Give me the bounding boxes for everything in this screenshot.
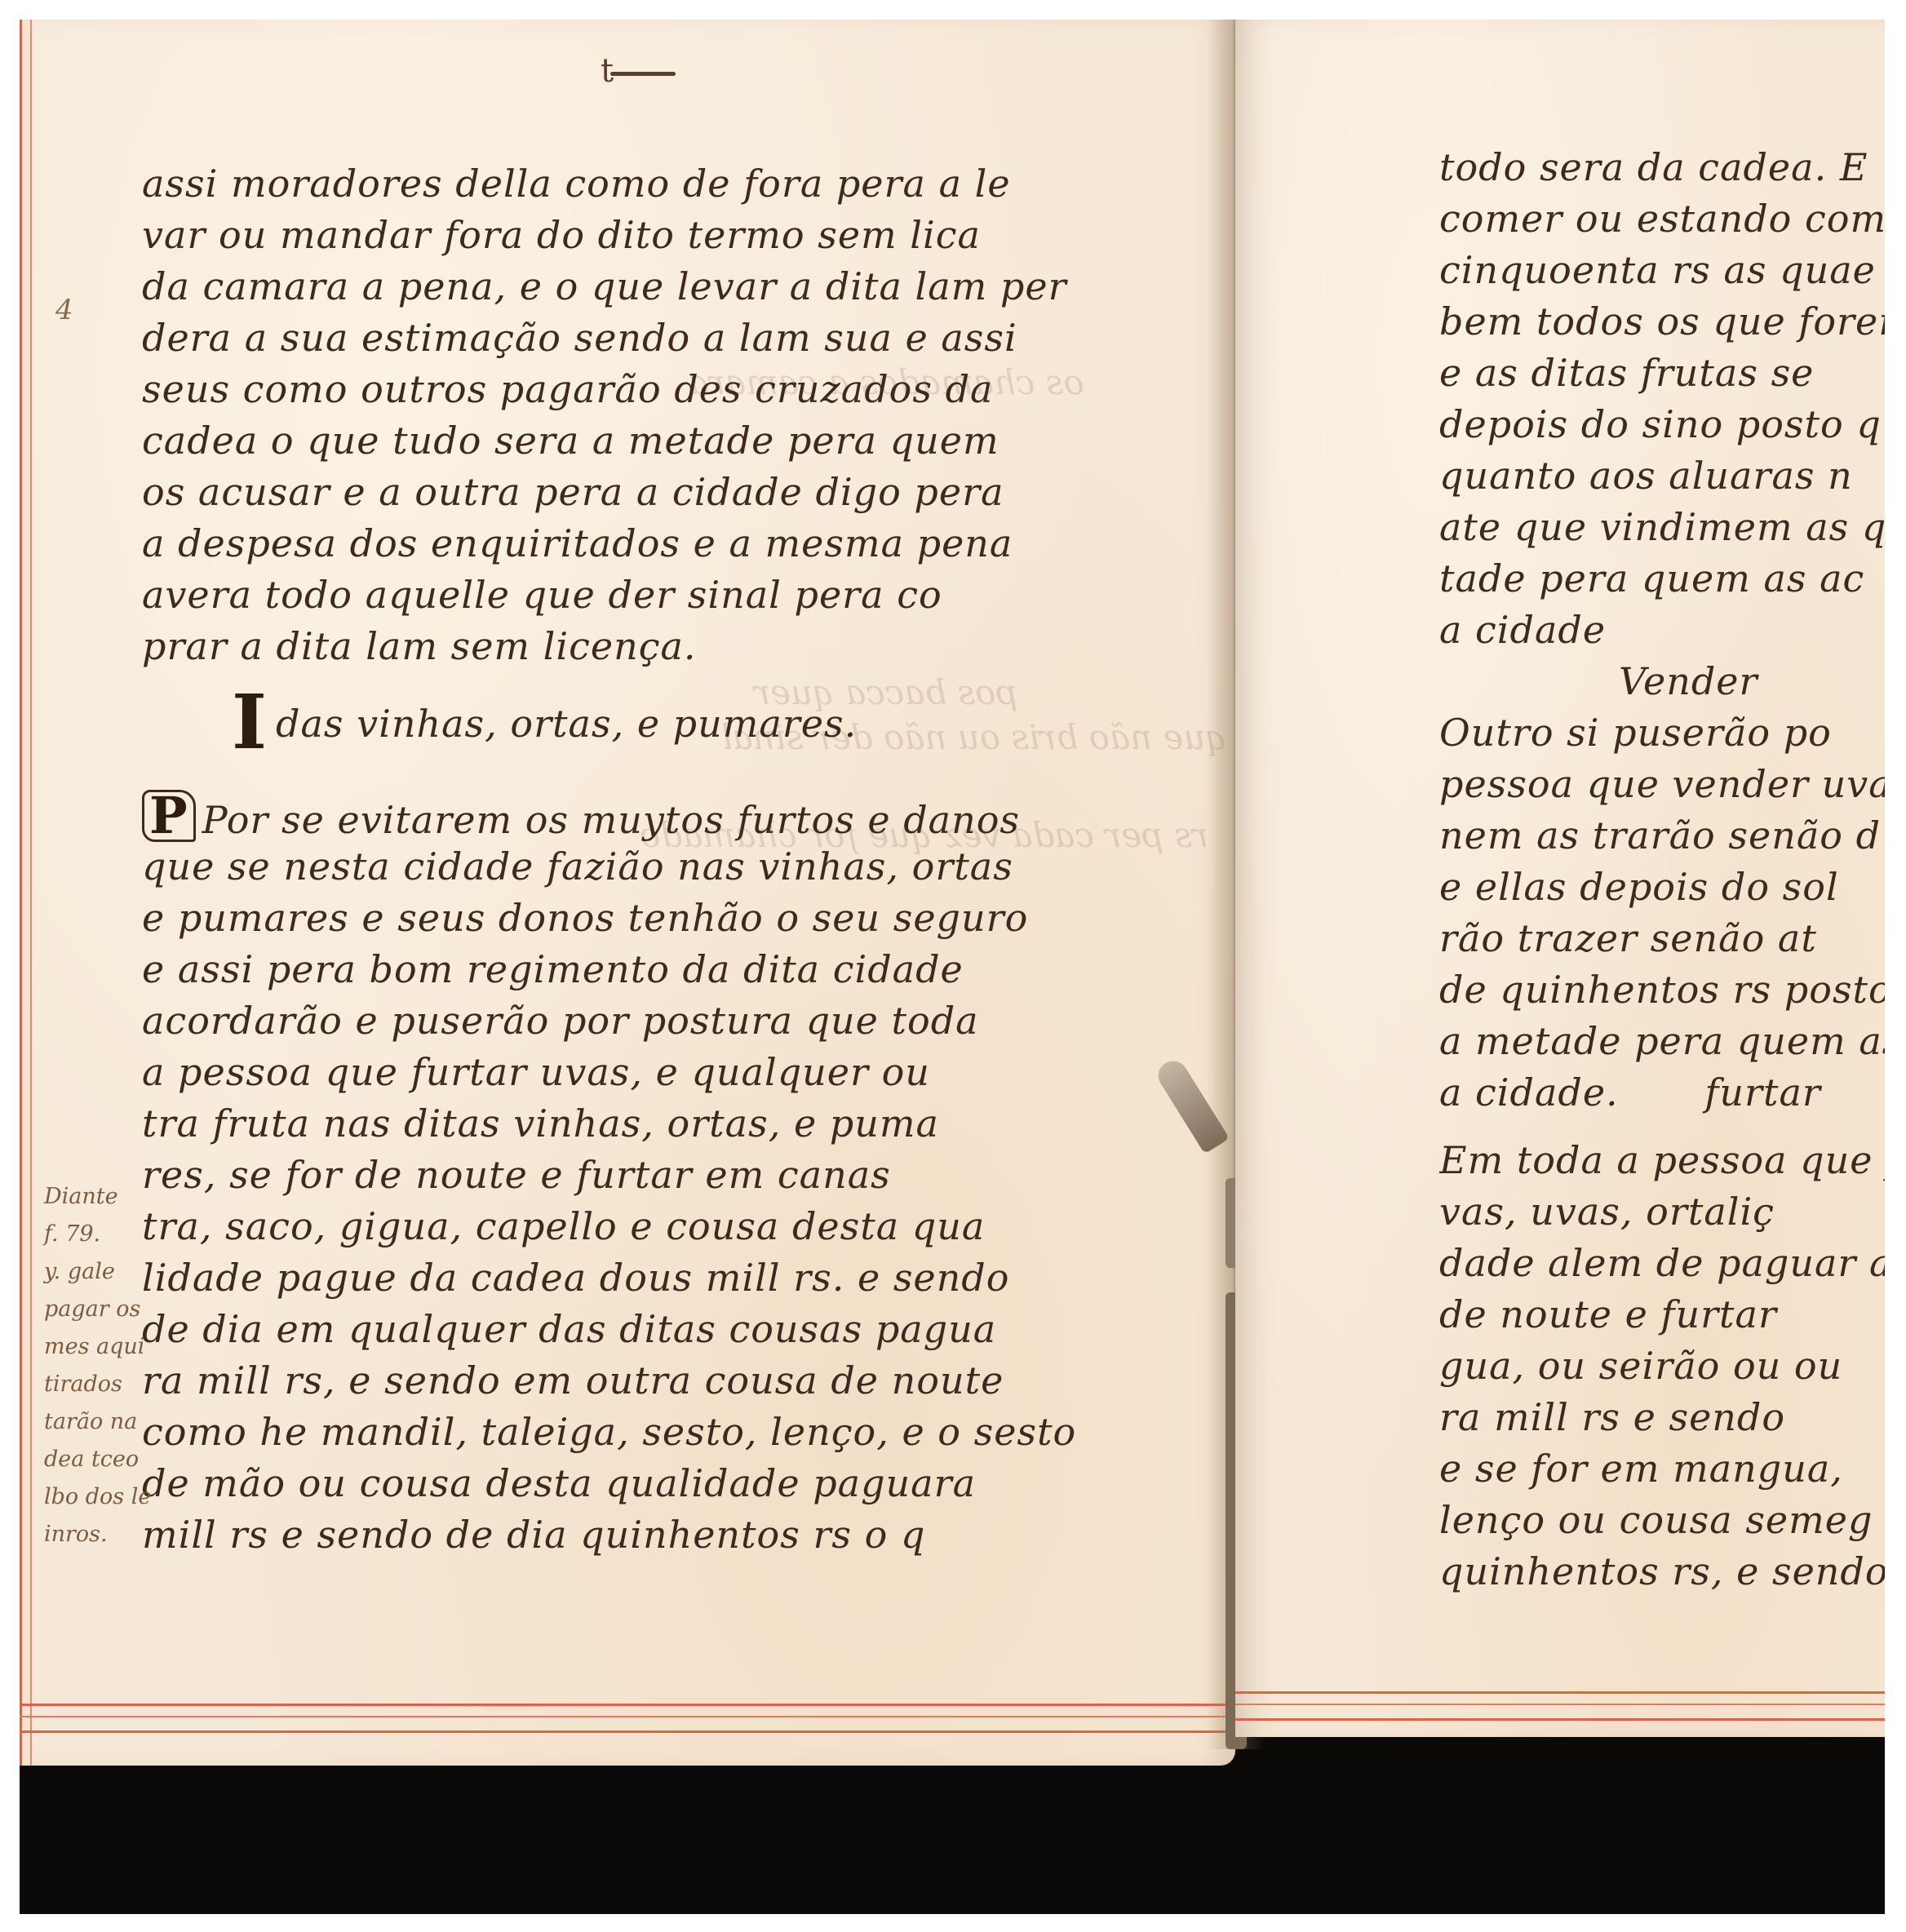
text-line: e pumares e seus donos tenhão o seu segu… (142, 893, 1056, 944)
section-heading: furtar (1704, 1070, 1821, 1114)
text-line: como he mandil, taleiga, sesto, lenço, e… (142, 1407, 1056, 1458)
text-line: a cidade (1439, 605, 1885, 656)
text-line: depois do sino posto q (1439, 399, 1885, 450)
text-line: acordarão e puserão por postura que toda (142, 995, 1056, 1047)
decorated-initial: P (142, 790, 196, 842)
text-line: cadea o que tudo sera a metade pera quem (142, 415, 1056, 467)
text-line: gua, ou seirão ou ou (1439, 1340, 1885, 1392)
text-line: da camara a pena, e o que levar a dita l… (142, 261, 1056, 312)
text-line: de noute e furtar (1439, 1289, 1885, 1340)
text-line: rão trazer senão at (1439, 913, 1885, 964)
text-line: de mão ou cousa desta qualidade paguara (142, 1458, 1056, 1509)
text-line: assi moradores della como de fora pera a… (142, 158, 1056, 210)
left-fore-edge (20, 20, 32, 1766)
text-line: pessoa que vender uva (1439, 759, 1885, 810)
text-line: tra, saco, gigua, capello e cousa desta … (142, 1201, 1056, 1252)
text-line: nem as trarão senão d (1439, 810, 1885, 862)
text-line: avera todo aquelle que der sinal pera co (142, 569, 1056, 621)
text-line: e assi pera bom regimento da dita cidade (142, 944, 1056, 995)
section-heading-text: das vinhas, ortas, e pumares. (276, 702, 857, 746)
text-line: e as ditas frutas se (1439, 348, 1885, 399)
scan-frame: t 4 os chamados a camara pos bacca quer … (20, 20, 1885, 1914)
text-line: lenço ou cousa semeg (1439, 1495, 1885, 1546)
right-page-edge-ruling (1235, 1691, 1885, 1721)
text-line: quanto aos aluaras n (1439, 450, 1885, 502)
text-line: de dia em qualquer das ditas cousas pagu… (142, 1304, 1056, 1355)
text-line: tra fruta nas ditas vinhas, ortas, e pum… (142, 1098, 1056, 1150)
text-line: dera a sua estimação sendo a lam sua e a… (142, 312, 1056, 364)
text-line: mill rs e sendo de dia quinhentos rs o q (142, 1509, 1056, 1561)
text-line: Outro si puserão po (1439, 707, 1885, 759)
text-line: ra mill rs e sendo (1439, 1392, 1885, 1443)
text-line: cinquoenta rs as quae (1439, 245, 1885, 296)
text-line: prar a dita lam sem licença. (142, 621, 1056, 672)
text-line: dade alem de paguar a (1439, 1238, 1885, 1289)
text-line: tade pera quem as ac (1439, 553, 1885, 605)
decorated-initial: I (232, 678, 268, 766)
right-page: todo sera da cadea. E comer ou estando c… (1235, 20, 1885, 1737)
text-line: seus como outros pagarão des cruzados da (142, 364, 1056, 415)
text-line: lidade pague da cadea dous mill rs. e se… (142, 1252, 1056, 1304)
text-line: a despesa dos enquiritados e a mesma pen… (142, 518, 1056, 569)
left-page-body: assi moradores della como de fora pera a… (142, 158, 1056, 1561)
text-line: res, se for de noute e furtar em canas (142, 1150, 1056, 1201)
text-line: vas, uvas, ortaliç (1439, 1186, 1885, 1238)
text-line: PPor se evitarem os muytos furtos e dano… (142, 790, 1056, 841)
text-line: bem todos os que forem (1439, 296, 1885, 348)
text-line: ra mill rs, e sendo em outra cousa de no… (142, 1355, 1056, 1407)
left-page-edge-ruling (20, 1704, 1235, 1733)
text-line: a cidade. furtar (1439, 1067, 1885, 1119)
margin-number: 4 (55, 294, 73, 326)
text-line: ate que vindimem as q (1439, 502, 1885, 553)
text-line: Em toda a pessoa que f (1439, 1135, 1885, 1186)
marginal-note: Diante f. 79. y. gale pagar os mes aqui … (44, 1178, 150, 1553)
folio-mark: t (601, 52, 614, 90)
text-line: a pessoa que furtar uvas, e qualquer ou (142, 1047, 1056, 1098)
text-line: que se nesta cidade fazião nas vinhas, o… (142, 841, 1056, 893)
section-heading: Vender (1439, 656, 1885, 707)
text-line: var ou mandar fora do dito termo sem lic… (142, 210, 1056, 261)
right-page-body: todo sera da cadea. E comer ou estando c… (1439, 142, 1885, 1597)
text-line: de quinhentos rs posto (1439, 964, 1885, 1016)
text-line: quinhentos rs, e sendo (1439, 1546, 1885, 1597)
text-line: e se for em mangua, (1439, 1443, 1885, 1495)
text-line: a metade pera quem as (1439, 1016, 1885, 1067)
text-line: todo sera da cadea. E (1439, 142, 1885, 193)
section-heading: Idas vinhas, ortas, e pumares. (142, 672, 1056, 778)
text-line: comer ou estando comen (1439, 193, 1885, 245)
text-line: e ellas depois do sol (1439, 862, 1885, 913)
text-line: os acusar e a outra pera a cidade digo p… (142, 467, 1056, 518)
left-page: t 4 os chamados a camara pos bacca quer … (20, 20, 1235, 1766)
